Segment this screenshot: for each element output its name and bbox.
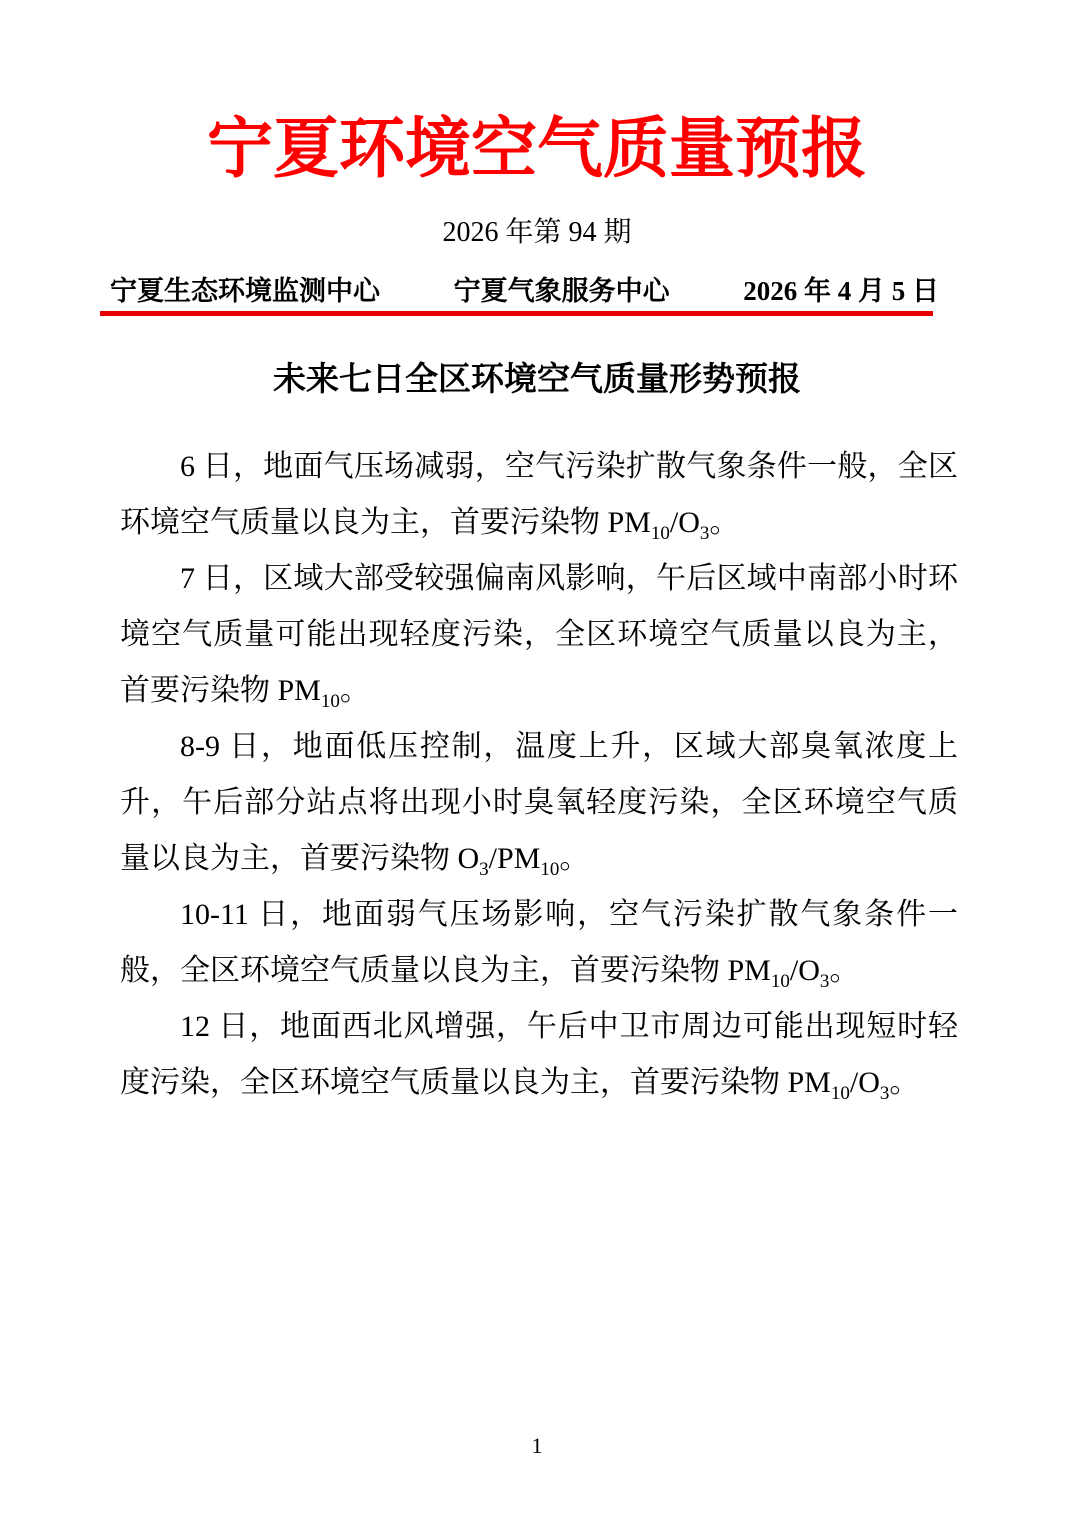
forecast-paragraph: 10-11 日，地面弱气压场影响，空气污染扩散气象条件一般，全区环境空气质量以良… xyxy=(120,887,958,999)
forecast-paragraph: 8-9 日，地面低压控制，温度上升，区域大部臭氧浓度上升，午后部分站点将出现小时… xyxy=(120,719,958,887)
page-number: 1 xyxy=(0,1432,1074,1460)
forecast-paragraph: 6 日，地面气压场减弱，空气污染扩散气象条件一般，全区环境空气质量以良为主，首要… xyxy=(120,439,958,551)
forecast-paragraph: 12 日，地面西北风增强，午后中卫市周边可能出现短时轻度污染，全区环境空气质量以… xyxy=(120,999,958,1111)
forecast-paragraph: 7 日，区域大部受较强偏南风影响，午后区域中南部小时环境空气质量可能出现轻度污染… xyxy=(120,551,958,719)
forecast-body: 6 日，地面气压场减弱，空气污染扩散气象条件一般，全区环境空气质量以良为主，首要… xyxy=(120,439,958,1111)
section-title: 未来七日全区环境空气质量形势预报 xyxy=(0,358,1074,399)
masthead: 宁夏生态环境监测中心 宁夏气象服务中心 2026 年 4 月 5 日 xyxy=(110,274,939,308)
red-divider-line xyxy=(100,311,933,316)
issue-number: 2026 年第 94 期 xyxy=(0,216,1074,250)
org-weather-center: 宁夏气象服务中心 xyxy=(454,274,670,308)
document-page: 宁夏环境空气质量预报 2026 年第 94 期 宁夏生态环境监测中心 宁夏气象服… xyxy=(0,0,1074,1520)
document-title: 宁夏环境空气质量预报 xyxy=(0,110,1074,190)
org-monitoring-center: 宁夏生态环境监测中心 xyxy=(110,274,380,308)
issue-date: 2026 年 4 月 5 日 xyxy=(743,274,939,308)
